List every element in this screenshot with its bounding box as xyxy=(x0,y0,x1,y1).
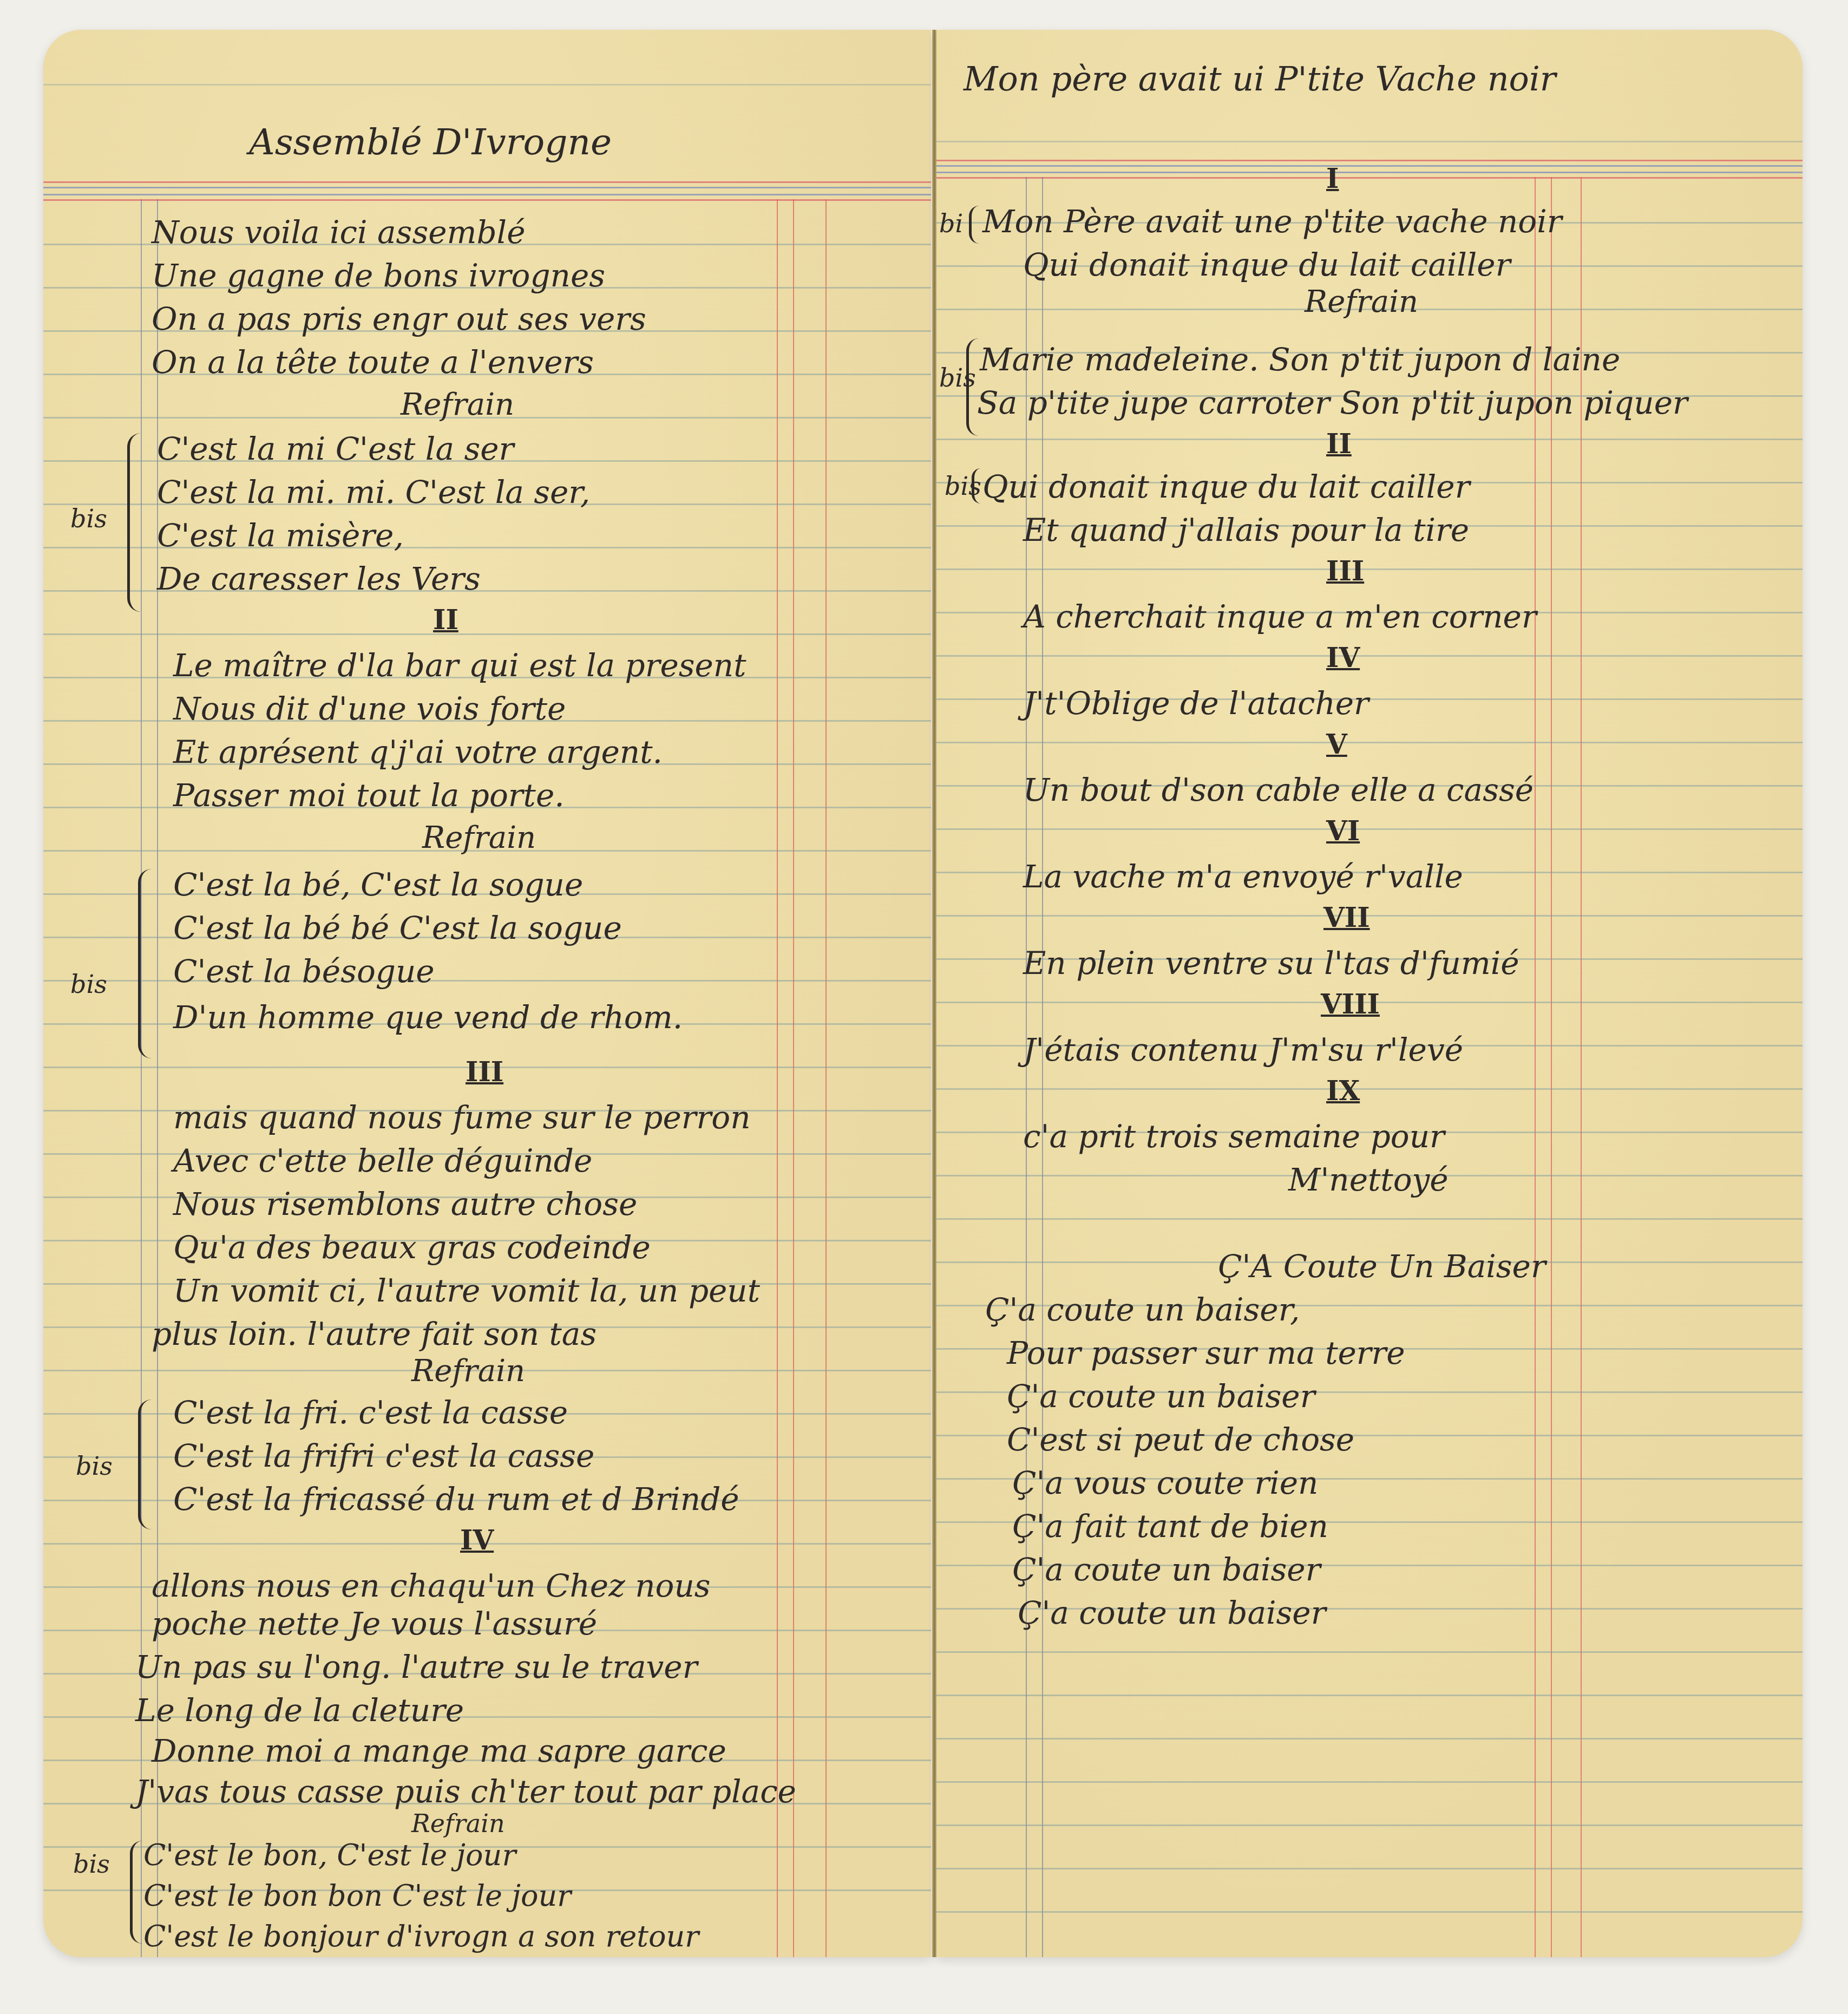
lyric-line: Et quand j'allais pour la tire xyxy=(1023,514,1469,546)
column-line xyxy=(1551,177,1552,1957)
verse-number: III xyxy=(1326,558,1364,585)
lyric-line: Ç'a coute un baiser xyxy=(1007,1381,1315,1412)
column-line xyxy=(1581,177,1582,1957)
header-rule-red xyxy=(936,160,1803,161)
verse-number: II xyxy=(1326,430,1352,457)
column-line xyxy=(793,199,794,1957)
column-line xyxy=(825,199,827,1957)
lyric-line: Et aprésent q'j'ai votre argent. xyxy=(173,736,663,768)
lyric-line: Qui donait inque du lait cailler xyxy=(982,471,1470,502)
header-rule-red xyxy=(43,199,931,201)
lyric-line: On a la tête toute a l'envers xyxy=(152,346,594,378)
lyric-line: C'est le bon, C'est le jour xyxy=(143,1841,516,1870)
lyric-line: Mon Père avait une p'tite vache noir xyxy=(982,206,1562,237)
verse-number: II xyxy=(433,606,458,633)
lyric-line: c'a prit trois semaine pour xyxy=(1023,1121,1445,1152)
lyric-line: poche nette Je vous l'assuré xyxy=(152,1608,597,1639)
ruled-line xyxy=(43,633,931,635)
verse-number: IX xyxy=(1326,1077,1360,1104)
lyric-line: C'est la mi C'est la ser xyxy=(157,433,514,465)
ruled-line xyxy=(936,439,1803,440)
verse-number: IV xyxy=(460,1527,494,1554)
lyric-line: On a pas pris engr out ses vers xyxy=(152,303,646,335)
lyric-line: Nous voila ici assemblé xyxy=(152,217,525,248)
lyric-line: Ç'a fait tant de bien xyxy=(1012,1510,1328,1542)
notebook-spine xyxy=(932,30,936,1957)
brace-icon xyxy=(972,468,981,503)
right-notebook-page: Mon père avait ui P'tite Vache noir I bi… xyxy=(936,30,1803,1957)
left-notebook-page: Assemblé D'Ivrogne Nous voila ici assemb… xyxy=(43,30,931,1957)
lyric-line: allons nous en chaqu'un Chez nous xyxy=(152,1570,711,1601)
song-title: Assemblé D'Ivrogne xyxy=(249,125,612,160)
ruled-line xyxy=(43,84,931,86)
lyric-line: C'est le bon bon C'est le jour xyxy=(143,1881,571,1911)
lyric-line: Un pas su l'ong. l'autre su le traver xyxy=(135,1651,697,1683)
lyric-line: Un vomit ci, l'autre vomit la, un peut xyxy=(173,1275,760,1306)
bis-marker: bis xyxy=(70,506,107,531)
brace-icon xyxy=(138,1400,152,1529)
lyric-line: M'nettoyé xyxy=(1288,1164,1449,1195)
verse-number: VII xyxy=(1323,904,1370,931)
lyric-line: mais quand nous fume sur le perron xyxy=(173,1102,751,1133)
refrain-label: Refrain xyxy=(411,1811,505,1836)
refrain-label: Refrain xyxy=(411,1356,525,1387)
verse-number: VI xyxy=(1326,818,1360,845)
header-rule-blue xyxy=(936,172,1803,173)
header-rule-red xyxy=(43,181,931,183)
column-line xyxy=(777,199,778,1957)
lyric-line: Nous risemblons autre chose xyxy=(173,1188,637,1220)
brace-icon xyxy=(969,206,979,244)
lyric-line: plus loin. l'autre fait son tas xyxy=(152,1318,597,1350)
header-rule-blue xyxy=(43,194,931,195)
lyric-line: Le long de la cleture xyxy=(135,1695,464,1726)
lyric-line: Pour passer sur ma terre xyxy=(1007,1337,1405,1369)
lyric-line: C'est si peut de chose xyxy=(1007,1424,1354,1455)
lyric-line: Ç'a vous coute rien xyxy=(1012,1467,1318,1499)
refrain-label: Refrain xyxy=(422,823,536,853)
lyric-line: C'est la mi. mi. C'est la ser, xyxy=(157,476,590,508)
ruled-line xyxy=(936,568,1803,570)
ruled-line xyxy=(936,1695,1803,1696)
brace-icon xyxy=(127,433,141,612)
lyric-line: J'vas tous casse puis ch'ter tout par pl… xyxy=(135,1776,796,1807)
lyric-line: Qu'a des beaux gras codeinde xyxy=(173,1232,651,1263)
lyric-line: En plein ventre su l'tas d'fumié xyxy=(1023,947,1519,979)
lyric-line: C'est la frifri c'est la casse xyxy=(173,1440,594,1472)
ruled-line xyxy=(936,1825,1803,1826)
lyric-line: C'est la bé, C'est la sogue xyxy=(173,869,583,900)
bis-marker: bis xyxy=(76,1454,113,1479)
ruled-line xyxy=(936,141,1803,142)
ruled-line xyxy=(936,1781,1803,1783)
brace-icon xyxy=(138,869,152,1058)
ruled-line xyxy=(936,1738,1803,1740)
bis-marker: bi xyxy=(939,211,963,236)
ruled-line xyxy=(936,1088,1803,1090)
lyric-line: Ç'a coute un baiser, xyxy=(985,1294,1300,1325)
ruled-line xyxy=(936,742,1803,743)
verse-number: IV xyxy=(1326,644,1360,671)
verse-number: I xyxy=(1326,165,1339,192)
lyric-line: Passer moi tout la porte. xyxy=(173,780,565,811)
song-title: Mon père avait ui P'tite Vache noir xyxy=(964,62,1556,96)
lyric-line: Un bout d'son cable elle a cassé xyxy=(1023,774,1534,806)
lyric-line: C'est la fri. c'est la casse xyxy=(173,1397,568,1428)
lyric-line: Avec c'ette belle déguinde xyxy=(173,1145,592,1176)
lyric-line: De caresser les Vers xyxy=(157,563,481,594)
lyric-line: C'est la misère, xyxy=(157,520,404,551)
bis-marker: bis xyxy=(70,972,107,997)
lyric-line: Qui donait inque du lait cailler xyxy=(1023,249,1510,280)
lyric-line: C'est le bonjour d'ivrogn a son retour xyxy=(143,1922,699,1951)
header-rule-red xyxy=(936,177,1803,179)
second-song-title: Ç'A Coute Un Baiser xyxy=(1218,1251,1546,1282)
lyric-line: Donne moi a mange ma sapre garce xyxy=(152,1735,726,1767)
lyric-line: Le maître d'la bar qui est la present xyxy=(173,650,746,681)
header-rule-blue xyxy=(43,187,931,188)
lyric-line: J't'Oblige de l'atacher xyxy=(1023,688,1369,719)
verse-number: VIII xyxy=(1321,991,1380,1018)
bis-marker: bis xyxy=(73,1852,110,1876)
ruled-line xyxy=(936,828,1803,830)
brace-icon xyxy=(130,1841,142,1944)
lyric-line: Nous dit d'une vois forte xyxy=(173,693,566,724)
header-rule-blue xyxy=(936,165,1803,167)
lyric-line: A cherchait inque a m'en corner xyxy=(1023,601,1537,632)
verse-number: III xyxy=(466,1058,503,1086)
lyric-line: Marie madeleine. Son p'tit jupon d laine xyxy=(980,344,1620,375)
refrain-label: Refrain xyxy=(1305,287,1418,317)
lyric-line: C'est la bésogue xyxy=(173,956,435,987)
lyric-line: C'est la fricassé du rum et d Brindé xyxy=(173,1483,739,1515)
ruled-line xyxy=(936,1218,1803,1220)
lyric-line: Ç'a coute un baiser xyxy=(1018,1597,1326,1629)
lyric-line: Sa p'tite jupe carroter Son p'tit jupon … xyxy=(977,387,1688,419)
ruled-line xyxy=(936,1868,1803,1869)
lyric-line: C'est la bé bé C'est la sogue xyxy=(173,912,622,944)
column-line xyxy=(1535,177,1536,1957)
ruled-line xyxy=(936,655,1803,657)
lyric-line: D'un homme que vend de rhom. xyxy=(173,1002,683,1033)
lyric-line: J'étais contenu J'm'su r'levé xyxy=(1023,1034,1463,1065)
lyric-line: Une gagne de bons ivrognes xyxy=(152,260,605,291)
ruled-line xyxy=(936,1651,1803,1653)
verse-number: V xyxy=(1326,731,1347,758)
lyric-line: La vache m'a envoyé r'valle xyxy=(1023,861,1463,892)
ruled-line xyxy=(936,1911,1803,1913)
refrain-label: Refrain xyxy=(401,390,514,420)
lyric-line: Ç'a coute un baiser xyxy=(1012,1554,1320,1585)
